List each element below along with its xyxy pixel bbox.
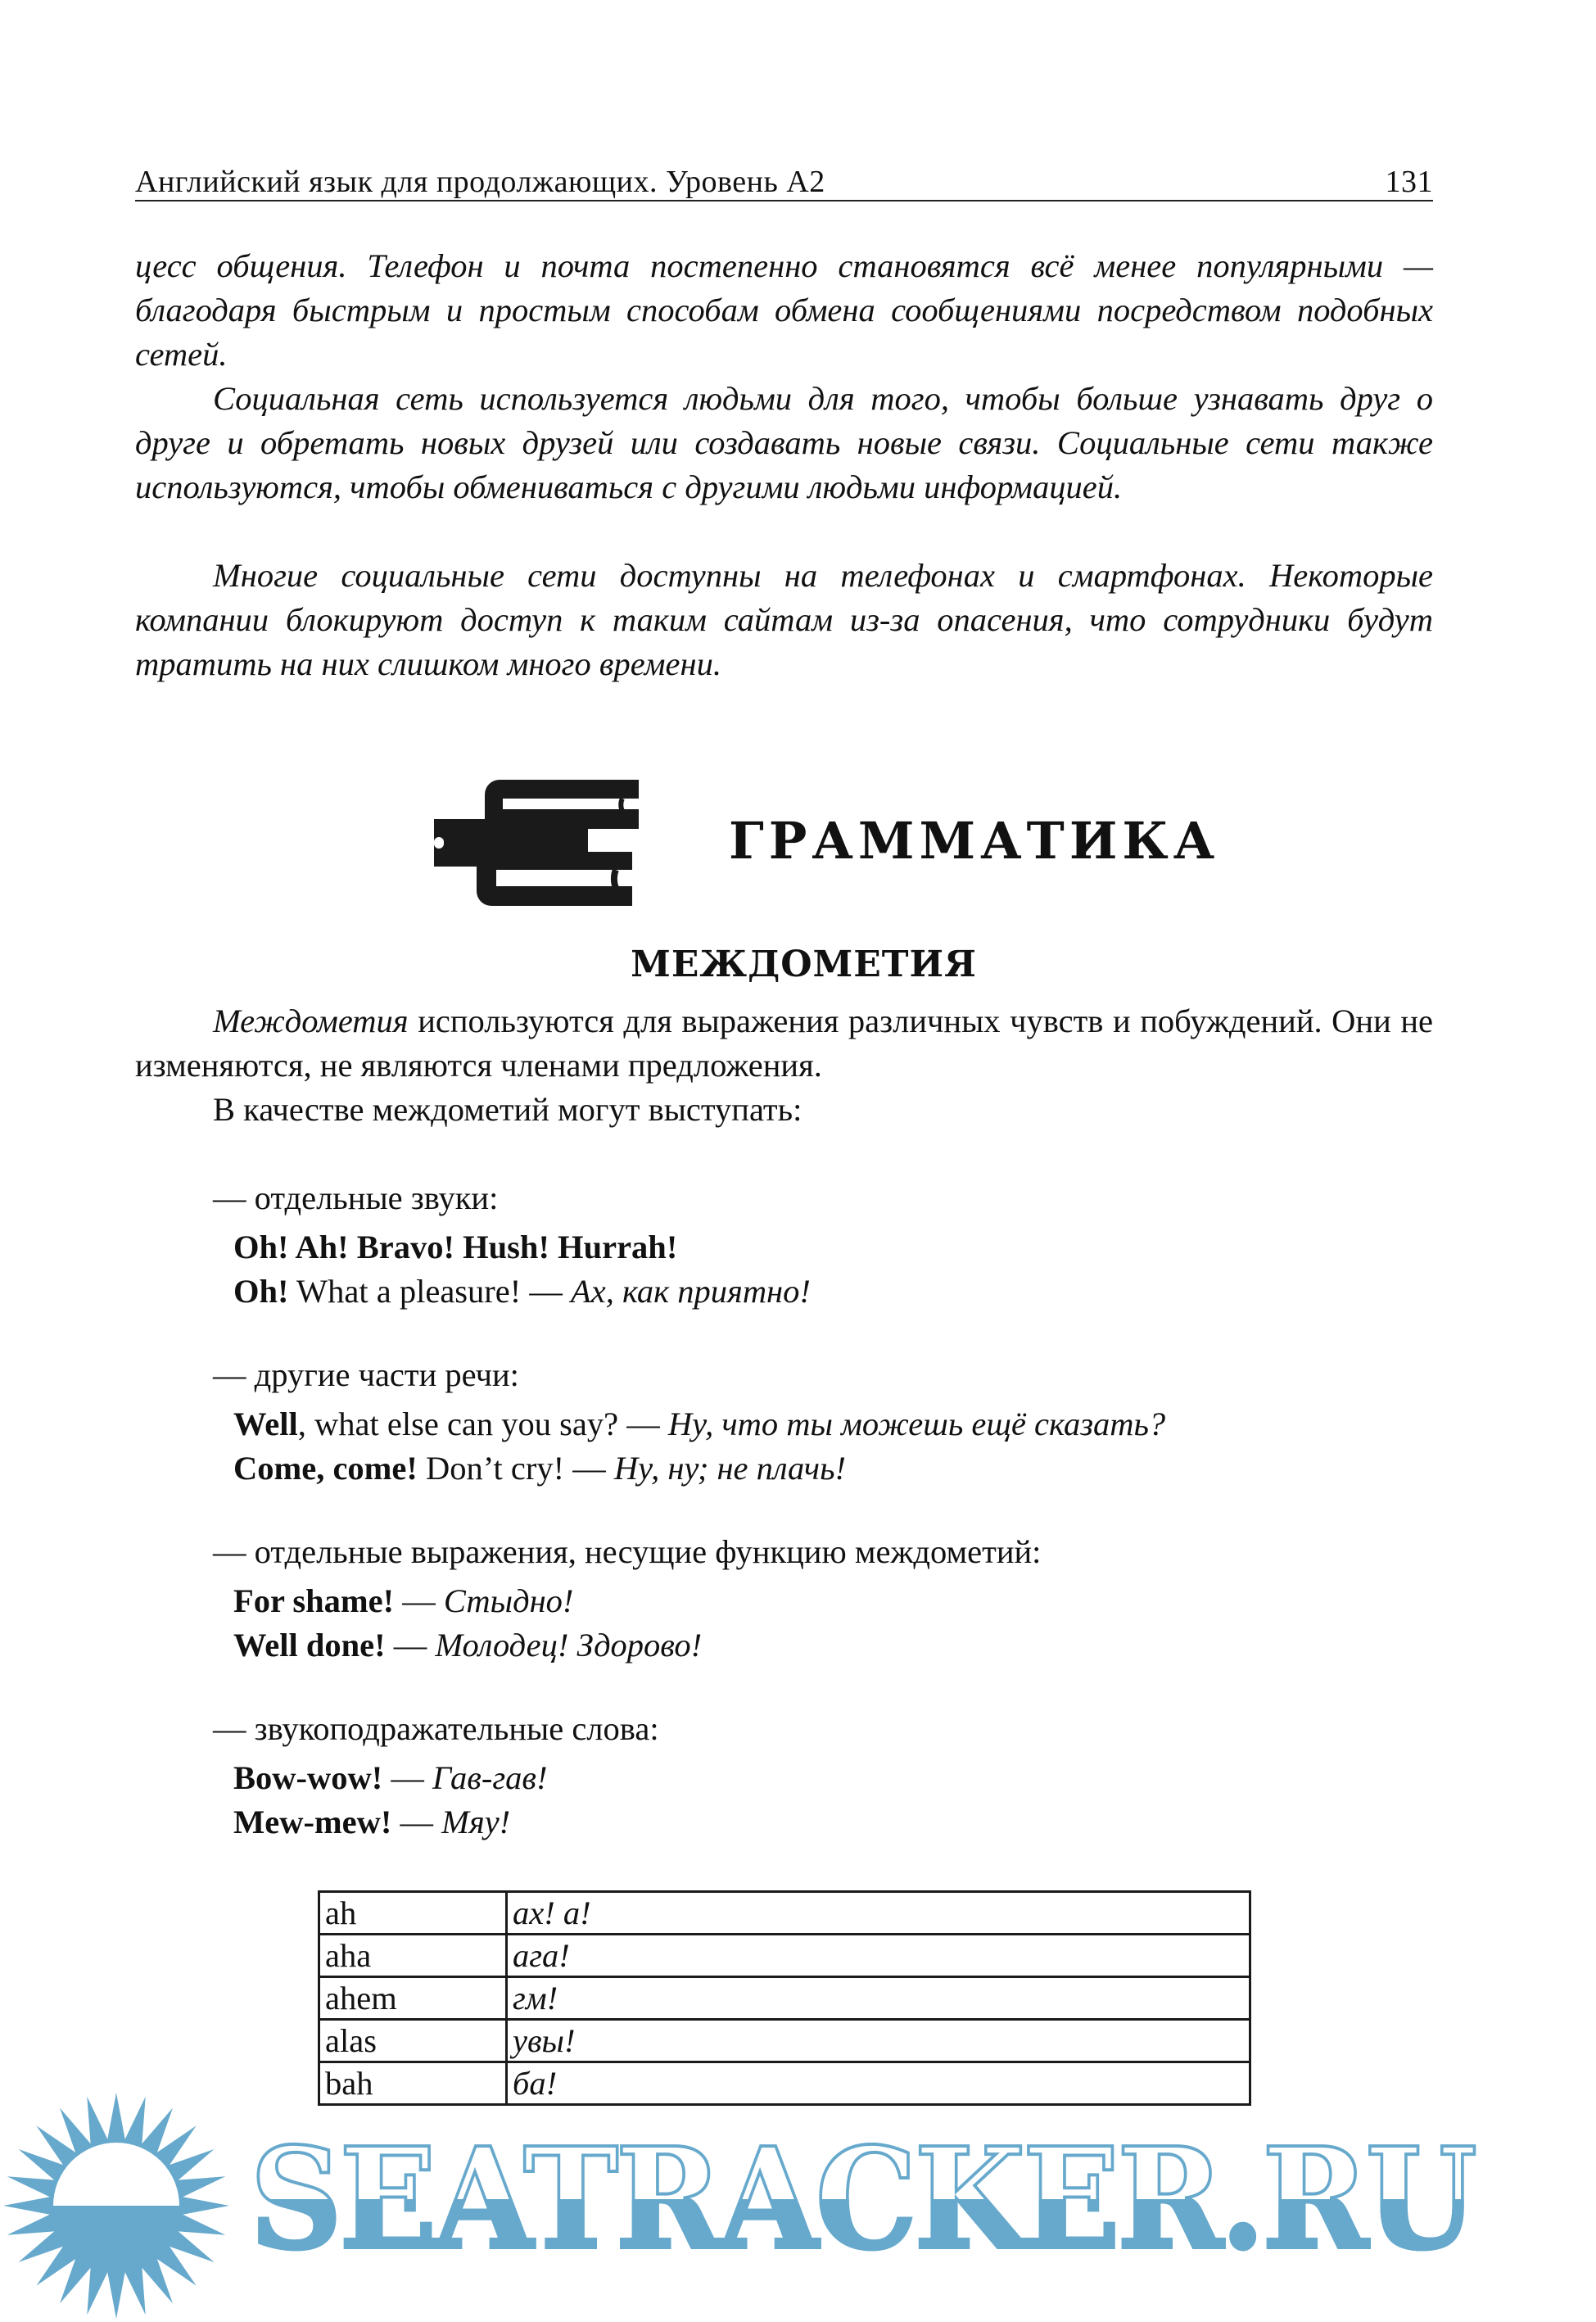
table-row: bahба! <box>319 2062 1250 2105</box>
russian-cell: увы! <box>507 2020 1250 2062</box>
books-stack-icon <box>426 770 639 909</box>
english-cell: alas <box>319 2020 507 2062</box>
example-line: Oh! What a pleasure! — Ах, как приятно! <box>233 1270 811 1314</box>
definition-term: Междометия <box>213 1003 409 1039</box>
category-label: — звукоподражательные слова: <box>213 1707 659 1751</box>
topic-title: МЕЖДОМЕТИЯ <box>0 940 1596 989</box>
example-line: Well, what else can you say? — Ну, что т… <box>233 1402 1165 1446</box>
table-row: ahaага! <box>319 1935 1250 1977</box>
category-label: — отдельные выражения, несущие функцию м… <box>213 1530 1041 1574</box>
english-cell: bah <box>319 2062 507 2105</box>
english-cell: ahem <box>319 1977 507 2020</box>
intro-paragraph-3: Многие социальные сети доступны на телеф… <box>135 554 1433 686</box>
table-row: ahemгм! <box>319 1977 1250 2020</box>
english-cell: aha <box>319 1935 507 1977</box>
running-header: Английский язык для продолжающих. Уровен… <box>135 161 1433 201</box>
section-title: ГРАММАТИКА <box>729 812 1219 870</box>
english-cell: ah <box>319 1892 507 1935</box>
intro-paragraph-2: Социальная сеть используется людьми для … <box>135 377 1433 509</box>
section-heading: ГРАММАТИКА <box>426 770 1163 909</box>
book-title: Английский язык для продолжающих. Уровен… <box>135 165 825 198</box>
watermark-text: SEATRACKER.RU <box>250 2130 1474 2269</box>
interjections-table: ahах! а! ahaага! ahemгм! alasувы! bahба! <box>318 1890 1251 2106</box>
table-row: ahах! а! <box>319 1892 1250 1935</box>
example-line: For shame! — Стыдно! <box>233 1579 573 1623</box>
category-label: — другие части речи: <box>213 1353 519 1397</box>
russian-cell: ба! <box>507 2062 1250 2105</box>
page-number: 131 <box>1386 165 1434 198</box>
lead-in: В качестве междометий могут выступать: <box>213 1088 802 1132</box>
intro-paragraph-1: цесс общения. Телефон и почта постепенно… <box>135 244 1433 377</box>
example-line: Bow-wow! — Гав-гав! <box>233 1756 547 1800</box>
example-line: Oh! Ah! Bravo! Hush! Hurrah! <box>233 1225 677 1270</box>
example-line: Mew-mew! — Мяу! <box>233 1800 510 1844</box>
book-page: Английский язык для продолжающих. Уровен… <box>0 0 1596 2322</box>
table-row: alasувы! <box>319 2020 1250 2062</box>
category-label: — отдельные звуки: <box>213 1176 498 1220</box>
russian-cell: гм! <box>507 1977 1250 2020</box>
definition-paragraph: Междометия используются для выражения ра… <box>135 999 1433 1088</box>
russian-cell: ах! а! <box>507 1892 1250 1935</box>
russian-cell: ага! <box>507 1935 1250 1977</box>
example-line: Come, come! Don’t cry! — Ну, ну; не плач… <box>233 1446 846 1491</box>
example-line: Well done! — Молодец! Здорово! <box>233 1623 702 1668</box>
